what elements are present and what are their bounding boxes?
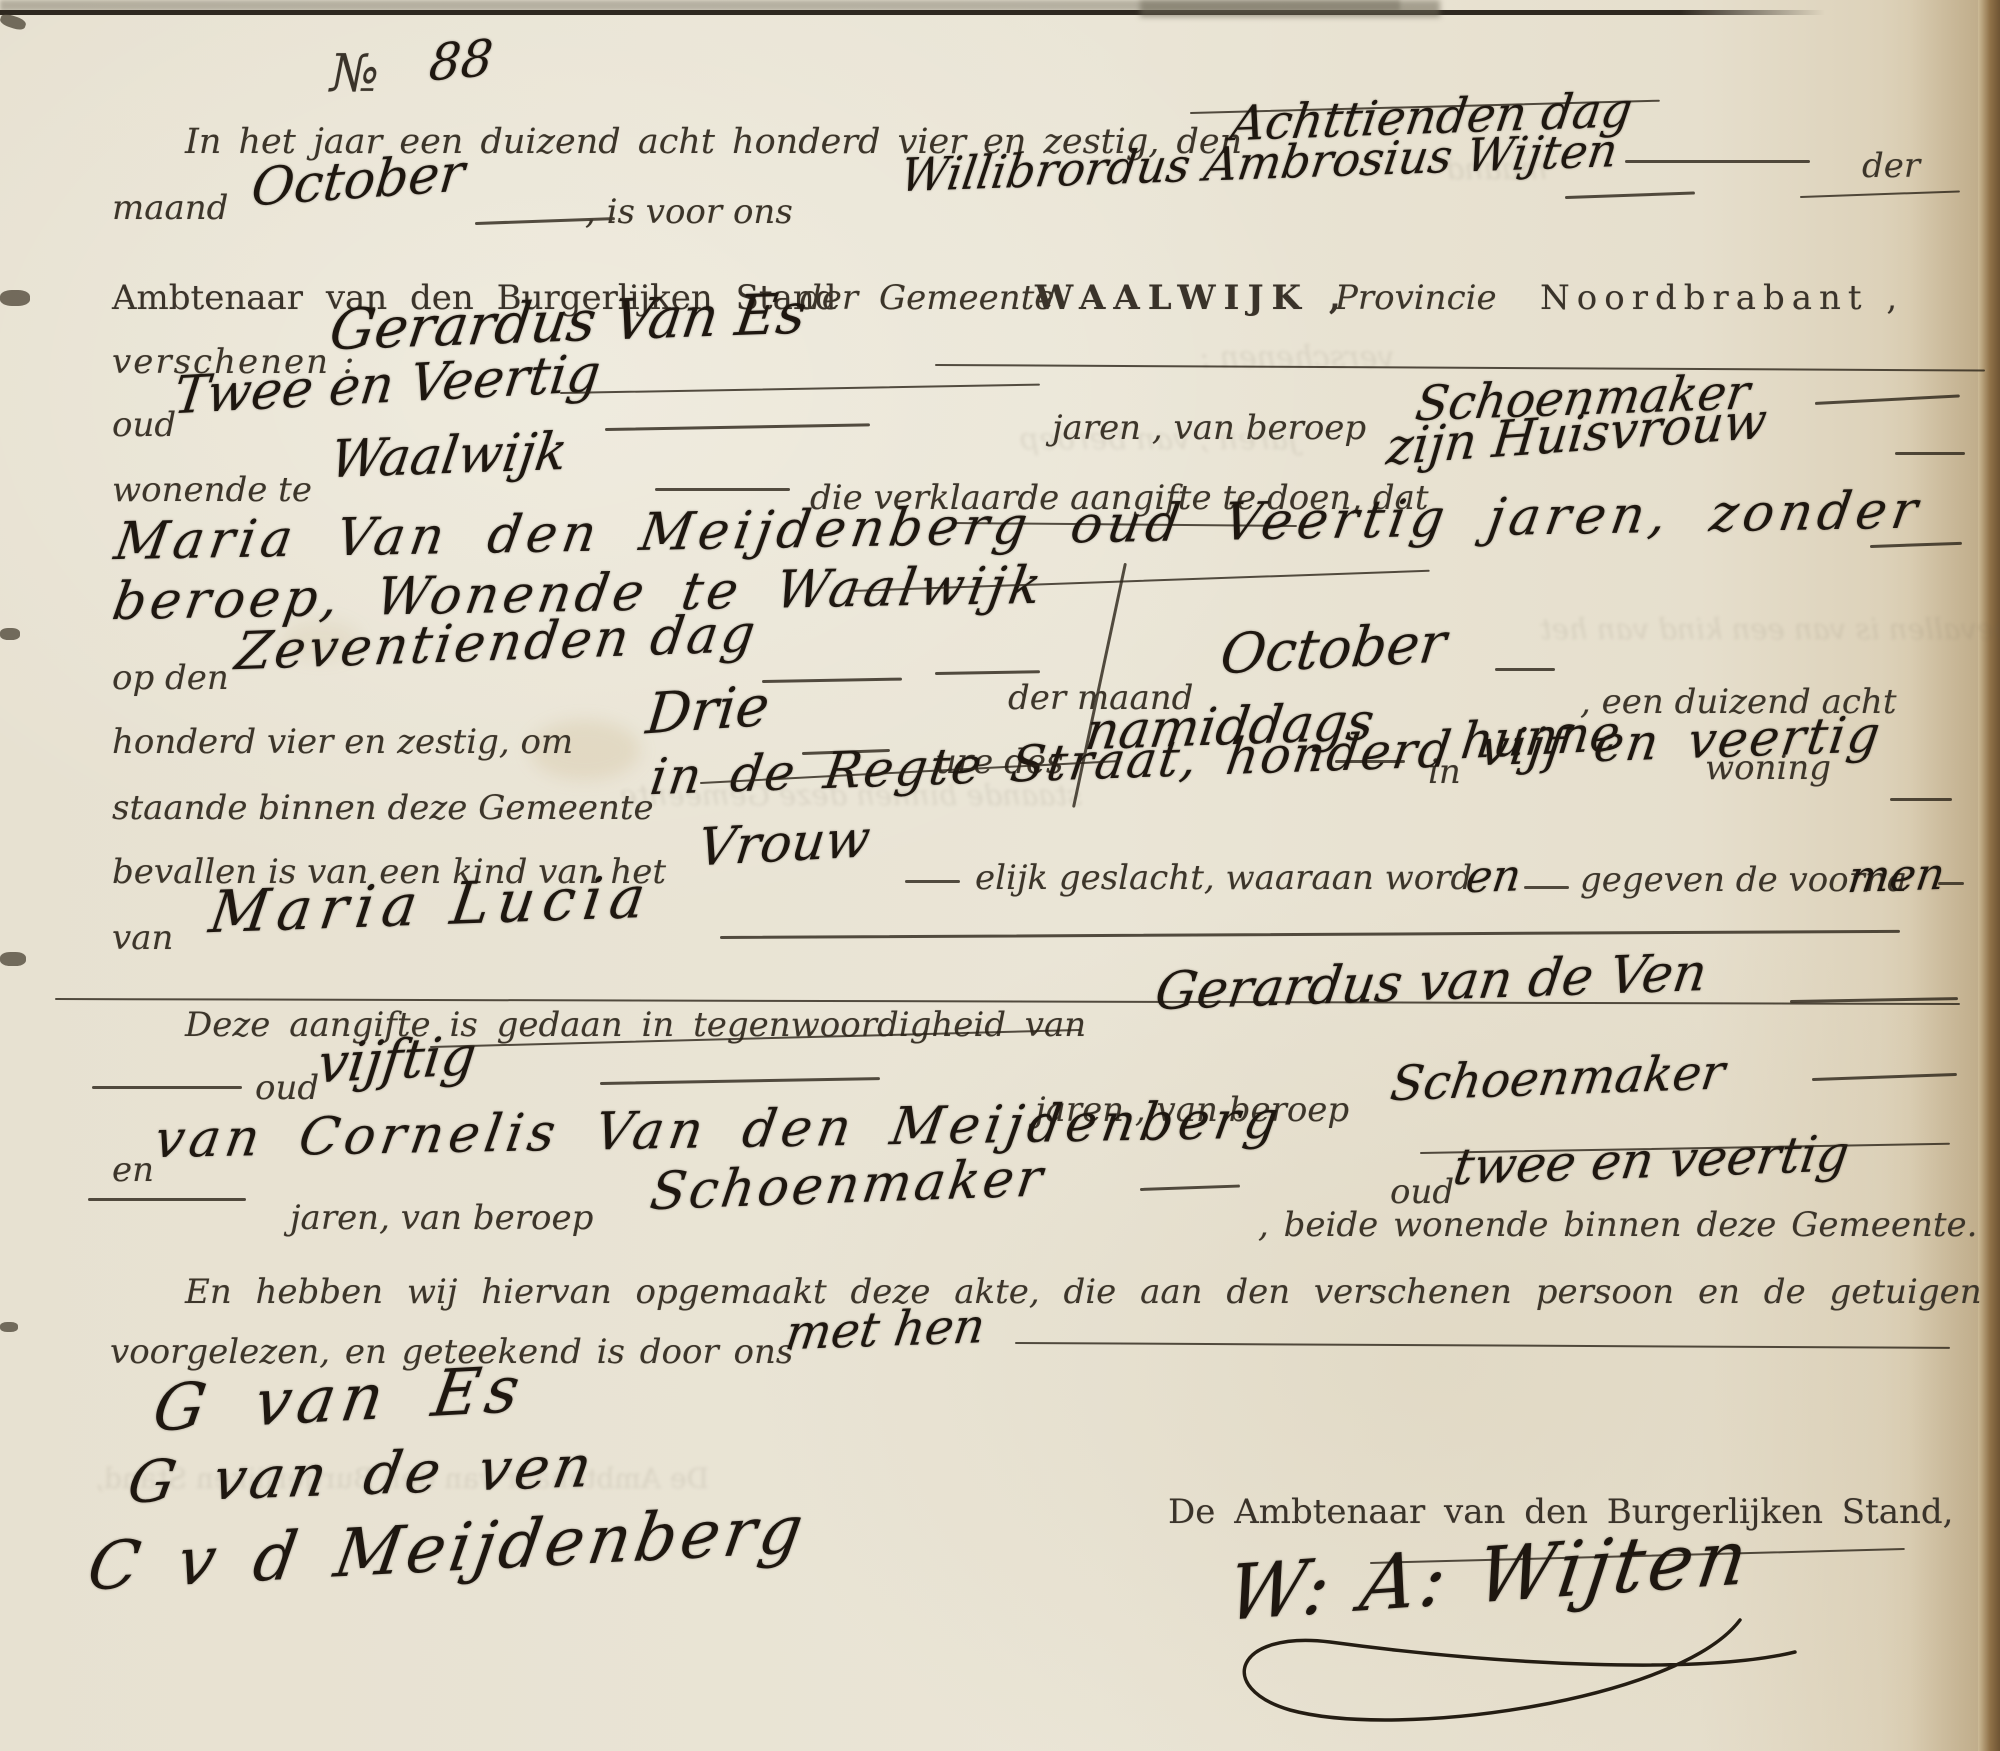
printed-form-text: der Gemeente <box>800 278 1054 318</box>
child-names: Maria Lucia <box>205 863 657 947</box>
handwritten-suffix: en <box>1463 850 1525 903</box>
page-edge-mark <box>0 1322 18 1332</box>
handwritten-suffix: men <box>1845 849 1948 904</box>
printed-form-text: jaren , van beroep <box>1052 408 1366 448</box>
witness1-age: vijftig <box>314 1024 480 1096</box>
scan-top-smudge <box>1140 0 1440 17</box>
dash-fill <box>905 880 960 883</box>
printed-form-text: jaren, van beroep <box>290 1198 593 1238</box>
dash-fill <box>1140 1185 1240 1191</box>
municipality-name: WAALWIJK , <box>1035 278 1349 318</box>
dash-fill <box>88 1198 246 1201</box>
birth-hour: Drie <box>643 673 772 747</box>
ink-rule <box>720 930 1900 939</box>
binding-edge <box>1978 0 2000 1751</box>
printed-form-text: wonende te <box>112 470 312 510</box>
printed-form-text: staande binnen deze Gemeente <box>112 788 654 828</box>
witness1-occupation: Schoenmaker <box>1387 1044 1728 1112</box>
witness1-name: Gerardus van de Ven <box>1152 943 1711 1023</box>
act-number-value: 88 <box>427 28 496 92</box>
dash-fill <box>1625 160 1810 163</box>
page-edge-mark <box>0 12 27 31</box>
dash-fill <box>1524 886 1569 889</box>
page-edge-mark <box>0 952 26 966</box>
scan-top-edge-line <box>0 10 1825 15</box>
printed-form-text: oud <box>112 405 176 445</box>
witness2-occupation: Schoenmaker <box>647 1148 1050 1222</box>
declarant-residence: Waalwijk <box>327 422 572 491</box>
printed-form-text: , beide wonende binnen deze Gemeente. <box>1258 1205 1978 1245</box>
witness2-signature: G van de ven <box>123 1432 601 1517</box>
child-sex: Vrouw <box>695 809 874 878</box>
signing-note: met hen <box>782 1298 988 1361</box>
ink-rule <box>1015 1342 1950 1349</box>
overline-stroke <box>560 384 1040 394</box>
dash-fill <box>1938 882 1964 885</box>
ink-rule <box>935 364 1985 371</box>
bleedthrough-text: bevallen is van een kind van het <box>1540 612 2000 646</box>
dash-fill <box>655 488 790 491</box>
printed-form-text: op den <box>112 658 229 698</box>
witness2-age: twee en veertig <box>1450 1124 1853 1196</box>
registry-page: maand verschenen : jaren , van beroep st… <box>0 0 2000 1751</box>
printed-form-text: van <box>112 918 173 958</box>
printed-form-text: elijk geslacht, waaraan word <box>975 858 1472 898</box>
printed-form-text: En hebben wij hiervan opgemaakt deze akt… <box>185 1272 1982 1312</box>
printed-form-text: Provincie <box>1335 278 1497 318</box>
dash-fill <box>1890 798 1952 801</box>
dash-fill <box>1565 191 1695 199</box>
dash-fill <box>92 1086 242 1089</box>
birth-month: October <box>1217 610 1450 686</box>
dash-fill <box>935 670 1040 675</box>
dash-fill <box>762 678 902 683</box>
province-name: Noordbrabant , <box>1540 278 1904 318</box>
witness2-name: van Cornelis Van den Meijdenberg <box>150 1090 1287 1170</box>
page-edge-mark <box>0 290 30 306</box>
act-number-label: № <box>330 44 379 104</box>
printed-form-text: honderd vier en zestig, om <box>112 722 573 762</box>
page-edge-mark <box>0 628 20 640</box>
dash-fill <box>605 423 870 431</box>
printed-form-text: maand <box>112 188 228 228</box>
dash-fill <box>1495 668 1555 671</box>
dash-fill <box>1895 452 1965 455</box>
printed-form-text: der <box>1862 146 1920 186</box>
printed-form-text: en <box>112 1150 154 1190</box>
registrar-signature-flourish <box>1180 1590 1820 1750</box>
bleedthrough-text: verschenen : <box>1200 340 1394 375</box>
printed-form-text: , is voor ons <box>585 192 793 232</box>
printed-form-text: oud <box>255 1068 319 1108</box>
dash-fill <box>600 1077 880 1085</box>
